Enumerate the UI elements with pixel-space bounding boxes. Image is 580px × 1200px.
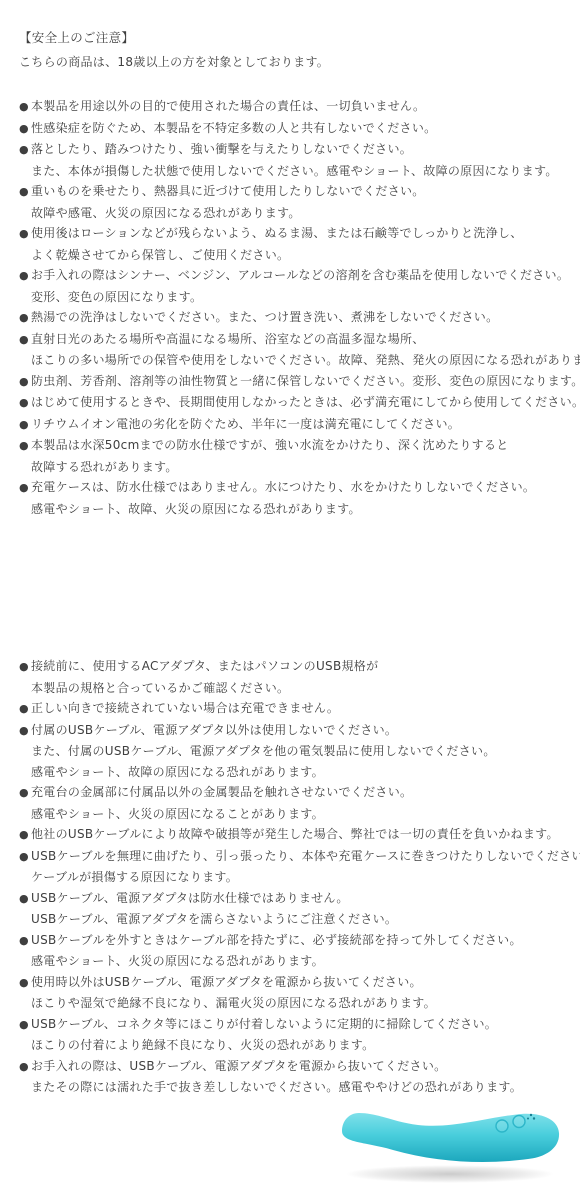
notice-line: ●USBケーブルを無理に曲げたり、引っ張ったり、本体や充電ケースに巻きつけたりし…	[19, 846, 572, 868]
notice-item: ●本製品を用途以外の目的で使用された場合の責任は、一切負いません。	[19, 96, 572, 118]
notice-line-continuation: また、付属のUSBケーブル、電源アダプタを他の電気製品に使用しないでください。	[19, 741, 572, 762]
bullet-icon: ●	[19, 931, 31, 952]
charging-safety-section: ●接続前に、使用するACアダプタ、またはパソコンのUSB規格が本製品の規格と合っ…	[0, 656, 580, 1098]
notice-item: ●熱湯での洗浄はしないでください。また、つけ置き洗い、煮沸をしないでください。	[19, 307, 572, 329]
notice-line-continuation: よく乾燥させてから保管し、ご使用ください。	[19, 245, 572, 266]
bullet-icon: ●	[19, 308, 31, 329]
general-safety-section: ●本製品を用途以外の目的で使用された場合の責任は、一切負いません。●性感染症を防…	[0, 96, 580, 519]
notice-item: ●正しい向きで接続されていない場合は充電できません。	[19, 698, 572, 720]
bullet-icon: ●	[19, 119, 31, 140]
notice-line-continuation: 故障や感電、火災の原因になる恐れがあります。	[19, 203, 572, 224]
massager-device-illustration	[338, 1100, 578, 1198]
notice-line: ●充電ケースは、防水仕様ではありません。水につけたり、水をかけたりしないでくださ…	[19, 477, 572, 499]
page-title: 【安全上のご注意】	[19, 28, 566, 48]
notice-line-continuation: USBケーブル、電源アダプタを濡らさないようにご注意ください。	[19, 909, 572, 930]
bullet-icon: ●	[19, 657, 31, 678]
notice-line-continuation: ほこりの付着により絶縁不良になり、火災の恐れがあります。	[19, 1035, 572, 1056]
product-photo	[338, 1100, 578, 1198]
notice-line-continuation: 感電やショート、故障の原因になる恐れがあります。	[19, 762, 572, 783]
bullet-icon: ●	[19, 182, 31, 203]
bullet-icon: ●	[19, 266, 31, 287]
notice-text: 重いものを乗せたり、熱器具に近づけて使用したりしないでください。	[31, 184, 425, 198]
notice-item: ●落としたり、踏みつけたり、強い衝撃を与えたりしないでください。また、本体が損傷…	[19, 139, 572, 181]
notice-text: 性感染症を防ぐため、本製品を不特定多数の人と共有しないでください。	[31, 121, 436, 135]
notice-line-continuation: 感電やショート、火災の原因になる恐れがあります。	[19, 951, 572, 972]
bullet-icon: ●	[19, 372, 31, 393]
notice-item: ●使用後はローションなどが残らないよう、ぬるま湯、または石鹸等でしっかりと洗浄し…	[19, 223, 572, 265]
bullet-icon: ●	[19, 973, 31, 994]
notice-line: ●接続前に、使用するACアダプタ、またはパソコンのUSB規格が	[19, 656, 572, 678]
notice-line: ●USBケーブル、コネクタ等にほこりが付着しないように定期的に掃除してください。	[19, 1014, 572, 1036]
notice-text: 直射日光のあたる場所や高温になる場所、浴室などの高温多湿な場所、	[31, 332, 425, 346]
bullet-icon: ●	[19, 224, 31, 245]
bullet-icon: ●	[19, 825, 31, 846]
notice-item: ●お手入れの際は、USBケーブル、電源アダプタを電源から抜いてください。またその…	[19, 1056, 572, 1098]
notice-line: ●USBケーブル、電源アダプタは防水仕様ではありません。	[19, 888, 572, 910]
notice-text: 熱湯での洗浄はしないでください。また、つけ置き洗い、煮沸をしないでください。	[31, 310, 498, 324]
notice-line: ●使用時以外はUSBケーブル、電源アダプタを電源から抜いてください。	[19, 972, 572, 994]
notice-line: ●熱湯での洗浄はしないでください。また、つけ置き洗い、煮沸をしないでください。	[19, 307, 572, 329]
notice-item: ●USBケーブル、コネクタ等にほこりが付着しないように定期的に掃除してください。…	[19, 1014, 572, 1056]
notice-text: 他社のUSBケーブルにより故障や破損等が発生した場合、弊社では一切の責任を負いか…	[31, 827, 559, 841]
notice-text: USBケーブルを無理に曲げたり、引っ張ったり、本体や充電ケースに巻きつけたりしな…	[31, 849, 580, 863]
notice-text: USBケーブルを外すときはケーブル部を持たずに、必ず接続部を持って外してください…	[31, 933, 522, 947]
notice-text: 充電台の金属部に付属品以外の金属製品を触れさせないでください。	[31, 785, 412, 799]
notice-text: 本製品を用途以外の目的で使用された場合の責任は、一切負いません。	[31, 99, 425, 113]
notice-item: ●使用時以外はUSBケーブル、電源アダプタを電源から抜いてください。ほこりや湿気…	[19, 972, 572, 1014]
notice-item: ●重いものを乗せたり、熱器具に近づけて使用したりしないでください。故障や感電、火…	[19, 181, 572, 223]
notice-text: リチウムイオン電池の劣化を防ぐため、半年に一度は満充電にしてください。	[31, 417, 460, 431]
led-dot-2	[533, 1117, 535, 1119]
notice-text: 本製品は水深50cmまでの防水仕様ですが、強い水流をかけたり、深く沈めたりすると	[31, 438, 509, 452]
bullet-icon: ●	[19, 330, 31, 351]
notice-line: ●本製品は水深50cmまでの防水仕様ですが、強い水流をかけたり、深く沈めたりする…	[19, 435, 572, 457]
bullet-icon: ●	[19, 478, 31, 499]
notice-line-continuation: またその際には濡れた手で抜き差ししないでください。感電ややけどの恐れがあります。	[19, 1077, 572, 1098]
notice-item: ●性感染症を防ぐため、本製品を不特定多数の人と共有しないでください。	[19, 118, 572, 140]
notice-item: ●接続前に、使用するACアダプタ、またはパソコンのUSB規格が本製品の規格と合っ…	[19, 656, 572, 698]
notice-text: お手入れの際は、USBケーブル、電源アダプタを電源から抜いてください。	[31, 1059, 446, 1073]
notice-item: ●リチウムイオン電池の劣化を防ぐため、半年に一度は満充電にしてください。	[19, 414, 572, 436]
notice-line-continuation: 変形、変色の原因になります。	[19, 287, 572, 308]
notice-item: ●直射日光のあたる場所や高温になる場所、浴室などの高温多湿な場所、ほこりの多い場…	[19, 329, 572, 371]
notice-line: ●性感染症を防ぐため、本製品を不特定多数の人と共有しないでください。	[19, 118, 572, 140]
bullet-icon: ●	[19, 783, 31, 804]
notice-line: ●使用後はローションなどが残らないよう、ぬるま湯、または石鹸等でしっかりと洗浄し…	[19, 223, 572, 245]
notice-line: ●重いものを乗せたり、熱器具に近づけて使用したりしないでください。	[19, 181, 572, 203]
notice-text: USBケーブル、コネクタ等にほこりが付着しないように定期的に掃除してください。	[31, 1017, 497, 1031]
device-body	[342, 1113, 559, 1162]
notice-line-continuation: また、本体が損傷した状態で使用しないでください。感電やショート、故障の原因になり…	[19, 161, 572, 182]
notice-line: ●お手入れの際は、USBケーブル、電源アダプタを電源から抜いてください。	[19, 1056, 572, 1078]
notice-line: ●本製品を用途以外の目的で使用された場合の責任は、一切負いません。	[19, 96, 572, 118]
notice-item: ●USBケーブル、電源アダプタは防水仕様ではありません。USBケーブル、電源アダ…	[19, 888, 572, 930]
notice-item: ●USBケーブルを無理に曲げたり、引っ張ったり、本体や充電ケースに巻きつけたりし…	[19, 846, 572, 888]
notice-item: ●お手入れの際はシンナー、ベンジン、アルコールなどの溶剤を含む薬品を使用しないで…	[19, 265, 572, 307]
notice-item: ●はじめて使用するときや、長期間使用しなかったときは、必ず満充電にしてから使用し…	[19, 392, 572, 414]
bullet-icon: ●	[19, 97, 31, 118]
notice-text: はじめて使用するときや、長期間使用しなかったときは、必ず満充電にしてから使用して…	[31, 395, 580, 409]
notice-text: 使用時以外はUSBケーブル、電源アダプタを電源から抜いてください。	[31, 975, 422, 989]
notice-line-continuation: ほこりや湿気で絶縁不良になり、漏電火災の原因になる恐れがあります。	[19, 993, 572, 1014]
notice-item: ●充電ケースは、防水仕様ではありません。水につけたり、水をかけたりしないでくださ…	[19, 477, 572, 519]
notice-text: 付属のUSBケーブル、電源アダプタ以外は使用しないでください。	[31, 723, 397, 737]
notice-line-continuation: ケーブルが損傷する原因になります。	[19, 867, 572, 888]
age-restriction-note: こちらの商品は、18歳以上の方を対象としております。	[19, 52, 566, 72]
notice-line-continuation: 感電やショート、火災の原因になることがあります。	[19, 804, 572, 825]
notice-line: ●リチウムイオン電池の劣化を防ぐため、半年に一度は満充電にしてください。	[19, 414, 572, 436]
notice-line-continuation: 感電やショート、故障、火災の原因になる恐れがあります。	[19, 499, 572, 520]
notice-text: 防虫剤、芳香剤、溶剤等の油性物質と一緒に保管しないでください。変形、変色の原因に…	[31, 374, 580, 388]
notice-line: ●直射日光のあたる場所や高温になる場所、浴室などの高温多湿な場所、	[19, 329, 572, 351]
bullet-icon: ●	[19, 889, 31, 910]
notice-line: ●お手入れの際はシンナー、ベンジン、アルコールなどの溶剤を含む薬品を使用しないで…	[19, 265, 572, 287]
notice-line: ●防虫剤、芳香剤、溶剤等の油性物質と一緒に保管しないでください。変形、変色の原因…	[19, 371, 572, 393]
product-shadow	[346, 1165, 554, 1183]
notice-line: ●はじめて使用するときや、長期間使用しなかったときは、必ず満充電にしてから使用し…	[19, 392, 572, 414]
notice-line: ●付属のUSBケーブル、電源アダプタ以外は使用しないでください。	[19, 720, 572, 742]
bullet-icon: ●	[19, 393, 31, 414]
bullet-icon: ●	[19, 436, 31, 457]
bullet-icon: ●	[19, 1057, 31, 1078]
bullet-icon: ●	[19, 1015, 31, 1036]
notice-text: USBケーブル、電源アダプタは防水仕様ではありません。	[31, 891, 349, 905]
notice-text: 使用後はローションなどが残らないよう、ぬるま湯、または石鹸等でしっかりと洗浄し、	[31, 226, 523, 240]
notice-item: ●本製品は水深50cmまでの防水仕様ですが、強い水流をかけたり、深く沈めたりする…	[19, 435, 572, 477]
bullet-icon: ●	[19, 140, 31, 161]
control-button-high	[513, 1116, 525, 1128]
notice-line-continuation: 故障する恐れがあります。	[19, 457, 572, 478]
bullet-icon: ●	[19, 721, 31, 742]
notice-item: ●充電台の金属部に付属品以外の金属製品を触れさせないでください。感電やショート、…	[19, 782, 572, 824]
notice-text: 充電ケースは、防水仕様ではありません。水につけたり、水をかけたりしないでください…	[31, 480, 535, 494]
notice-line: ●他社のUSBケーブルにより故障や破損等が発生した場合、弊社では一切の責任を負い…	[19, 824, 572, 846]
safety-notice-page: 【安全上のご注意】 こちらの商品は、18歳以上の方を対象としております。 ●本製…	[0, 0, 580, 1200]
notice-line: ●充電台の金属部に付属品以外の金属製品を触れさせないでください。	[19, 782, 572, 804]
notice-text: お手入れの際はシンナー、ベンジン、アルコールなどの溶剤を含む薬品を使用しないでく…	[31, 268, 569, 282]
notice-item: ●他社のUSBケーブルにより故障や破損等が発生した場合、弊社では一切の責任を負い…	[19, 824, 572, 846]
control-button-low	[496, 1120, 508, 1132]
notice-text: 落としたり、踏みつけたり、強い衝撃を与えたりしないでください。	[31, 142, 412, 156]
notice-line: ●USBケーブルを外すときはケーブル部を持たずに、必ず接続部を持って外してくださ…	[19, 930, 572, 952]
notice-line-continuation: 本製品の規格と合っているかご確認ください。	[19, 678, 572, 699]
notice-text: 接続前に、使用するACアダプタ、またはパソコンのUSB規格が	[31, 659, 378, 673]
page-header: 【安全上のご注意】 こちらの商品は、18歳以上の方を対象としております。	[0, 0, 580, 72]
notice-line: ●正しい向きで接続されていない場合は充電できません。	[19, 698, 572, 720]
bullet-icon: ●	[19, 699, 31, 720]
notice-line: ●落としたり、踏みつけたり、強い衝撃を与えたりしないでください。	[19, 139, 572, 161]
notice-text: 正しい向きで接続されていない場合は充電できません。	[31, 701, 339, 715]
notice-item: ●付属のUSBケーブル、電源アダプタ以外は使用しないでください。また、付属のUS…	[19, 720, 572, 783]
notice-item: ●USBケーブルを外すときはケーブル部を持たずに、必ず接続部を持って外してくださ…	[19, 930, 572, 972]
led-dot-1	[530, 1114, 532, 1116]
notice-item: ●防虫剤、芳香剤、溶剤等の油性物質と一緒に保管しないでください。変形、変色の原因…	[19, 371, 572, 393]
bullet-icon: ●	[19, 415, 31, 436]
led-dot-3	[527, 1118, 529, 1120]
notice-line-continuation: ほこりの多い場所での保管や使用をしないでください。故障、発熱、発火の原因になる恐…	[19, 350, 572, 371]
bullet-icon: ●	[19, 847, 31, 868]
